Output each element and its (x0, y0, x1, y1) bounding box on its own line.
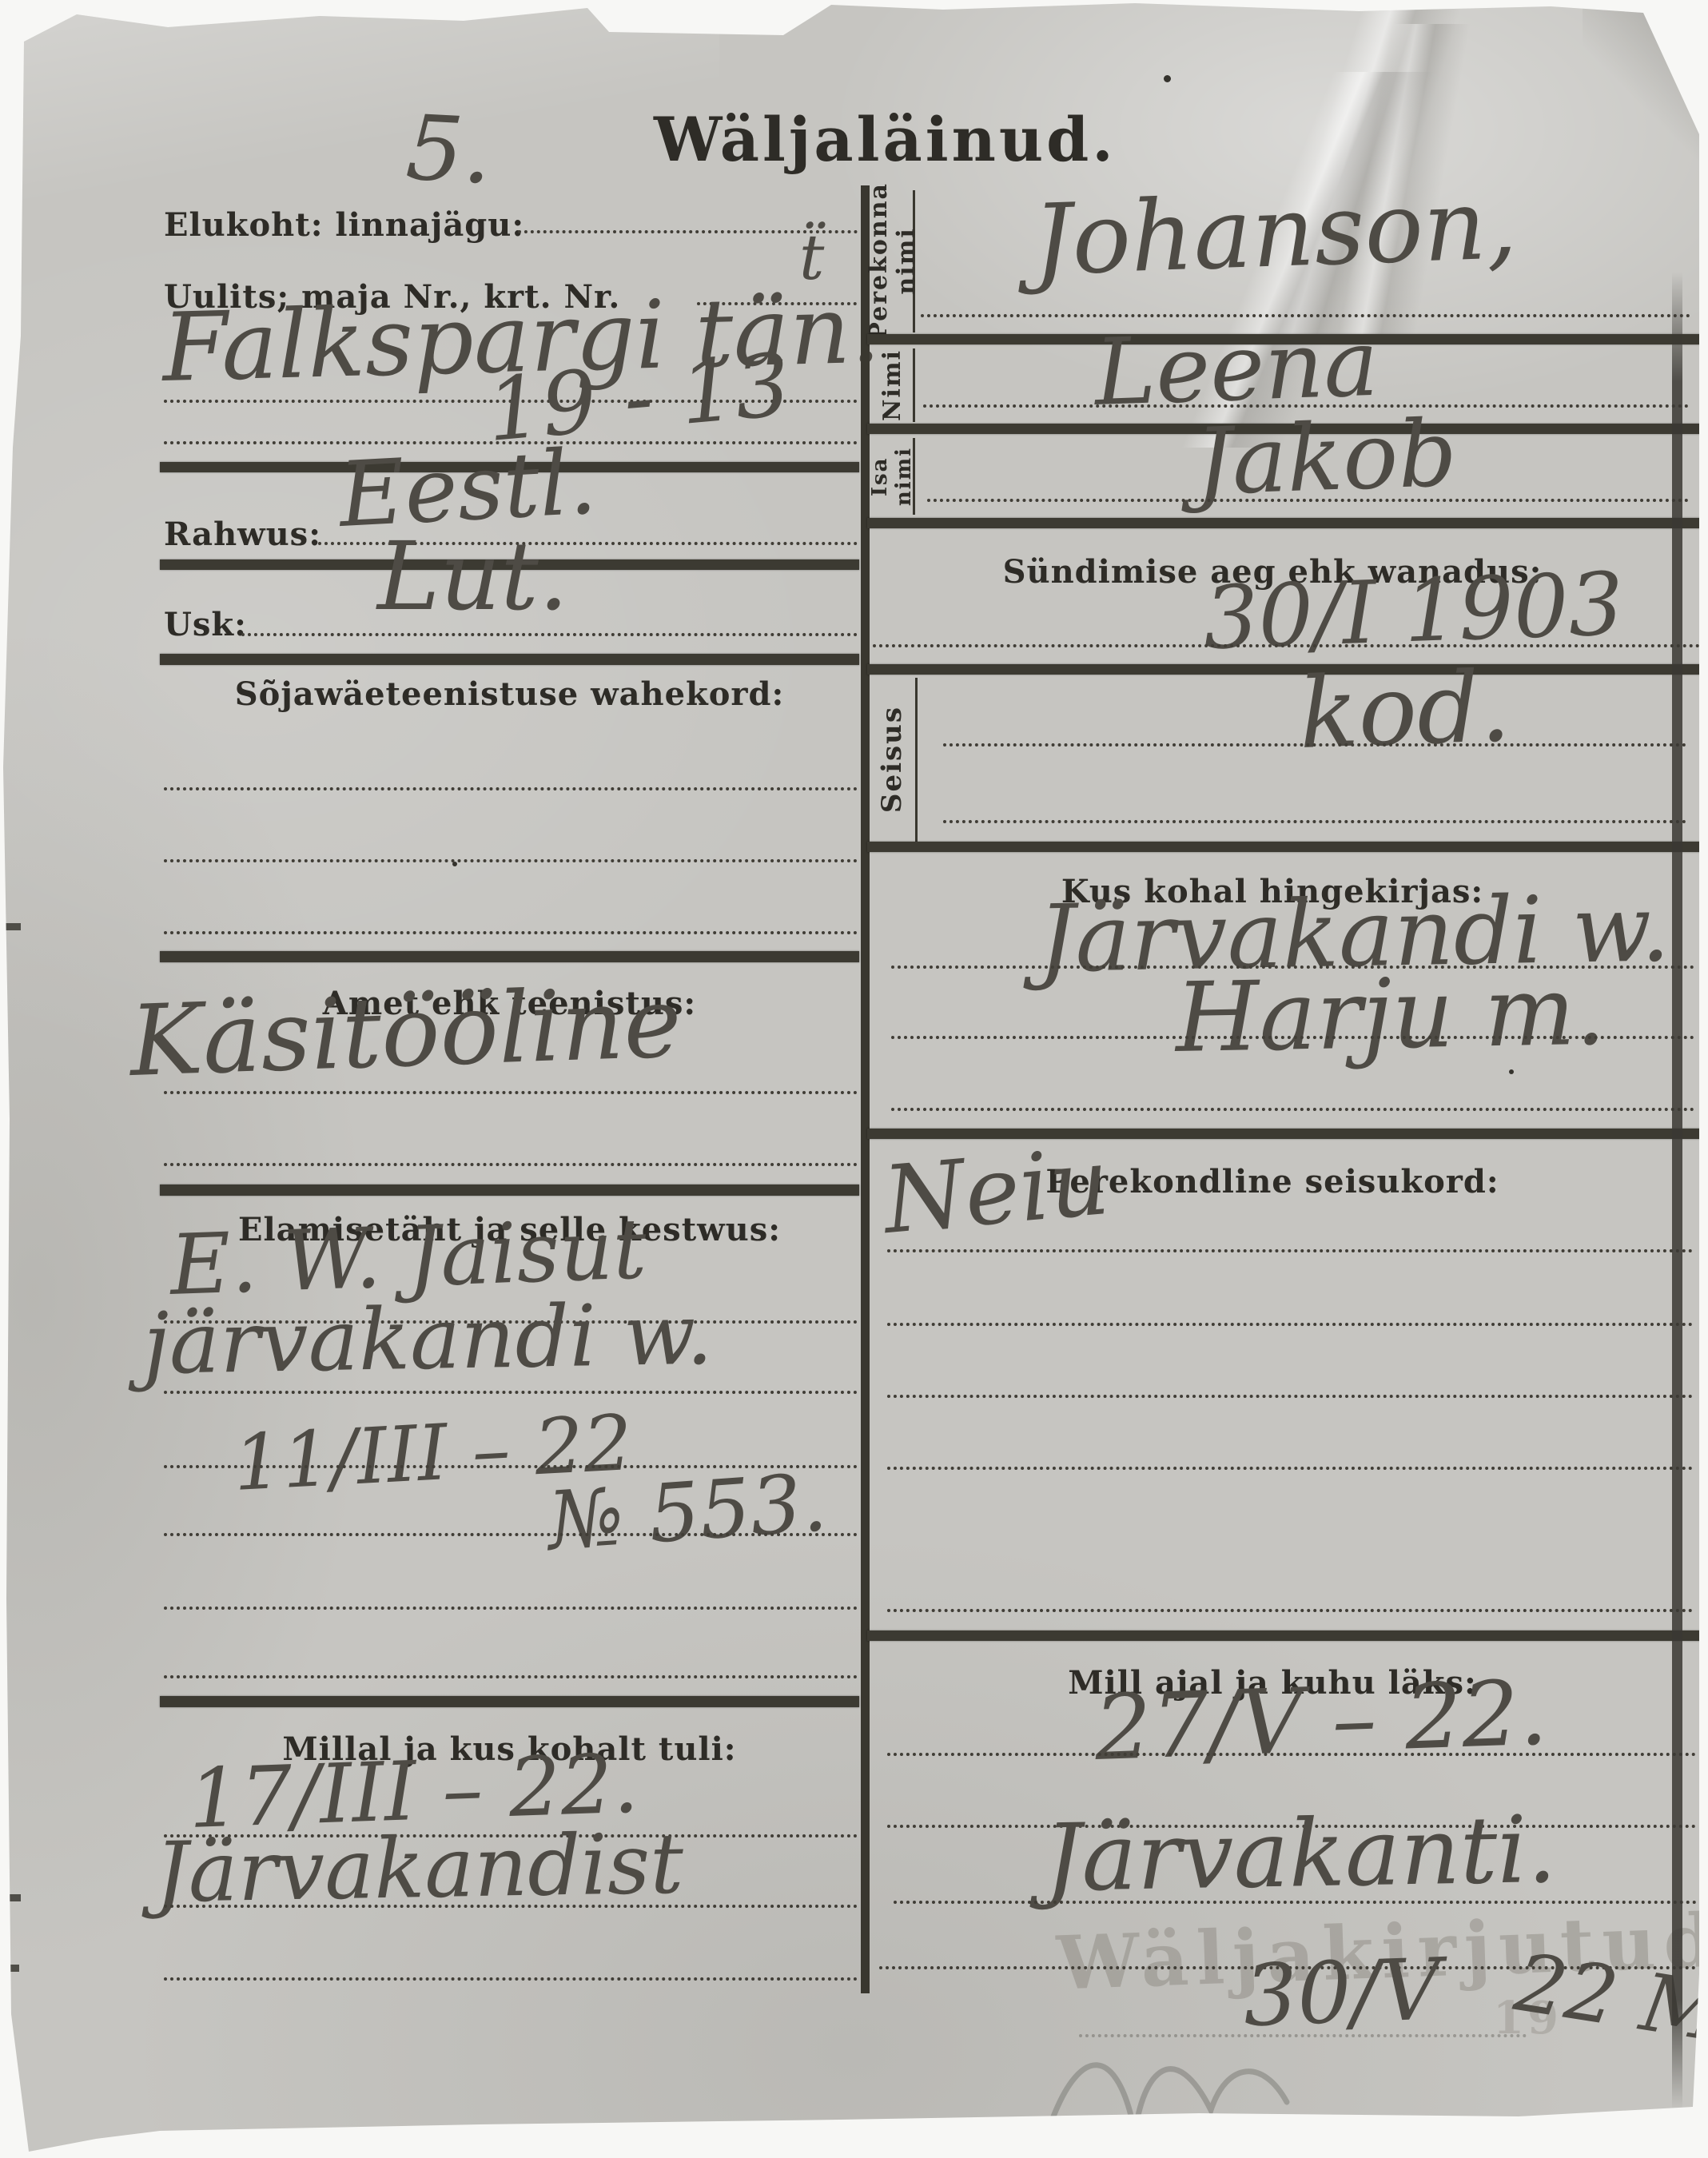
edge-mark (0, 1894, 21, 1901)
perekondline-value: Neiu (879, 1128, 1113, 1255)
divider-bar (867, 664, 1702, 675)
empty-line (164, 931, 858, 934)
seisus-label: Seisus (877, 706, 908, 813)
elamisetaht-line4 (164, 1533, 858, 1536)
empty-line (164, 1977, 858, 1981)
perekonna-nimi-value: Johanson, (1031, 167, 1519, 297)
sund-line (873, 644, 1700, 647)
empty-line (891, 1108, 1694, 1111)
amet-value: Käsitööline (128, 966, 683, 1098)
tuli-line2 (164, 1905, 858, 1908)
seisus-cell: Seisus (873, 678, 913, 842)
form-title: Wäljaläinud. (654, 104, 1117, 175)
page-right-edge (1672, 272, 1682, 2110)
divider-bar (160, 951, 859, 962)
seisus-value: kod. (1297, 650, 1512, 770)
elamisetaht-line4-value: № 553. (545, 1455, 830, 1568)
nimi-cell: Nimi (873, 348, 915, 422)
laks-line1-value: 27/V – 22. (1093, 1661, 1549, 1781)
usk-value: Lut. (377, 521, 568, 631)
divider-bar (160, 654, 859, 665)
empty-line (164, 787, 858, 790)
sund-value: 30/I 1903 (1202, 555, 1626, 669)
divider-bar (867, 1630, 1702, 1641)
divider-bar (867, 842, 1702, 852)
empty-line (164, 1675, 858, 1678)
isa-nimi-cell: Isanimi (873, 438, 915, 515)
laks-line2-value: Järvakanti. (1044, 1796, 1558, 1913)
empty-line (164, 1163, 858, 1166)
crease-corner-fold (1583, 0, 1708, 188)
rahwus-label: Rahwus: (164, 516, 321, 553)
seisus-cell-border (915, 678, 918, 842)
hinge-line2 (891, 1036, 1694, 1039)
edge-mark (0, 923, 21, 930)
amet-line (164, 1091, 858, 1094)
divider-bar (867, 518, 1702, 528)
perekonna-nimi-label: Perekonnanimi (866, 182, 921, 340)
elukoht-value: 5. (404, 96, 495, 204)
elamisetaht-line2 (164, 1391, 858, 1394)
ink-speck (1164, 75, 1171, 82)
laks-line1 (887, 1753, 1696, 1756)
perekonna-nimi-cell: Perekonnanimi (873, 190, 915, 332)
isa-nimi-label: Isanimi (869, 447, 917, 506)
empty-line (887, 1323, 1693, 1326)
isa-line (927, 499, 1689, 502)
empty-line (164, 1607, 858, 1610)
empty-line (887, 1609, 1693, 1612)
sojawae-label: Sõjawäeteenistuse wahekord: (160, 675, 859, 713)
edge-mark (2, 1965, 19, 1972)
empty-line (164, 859, 858, 862)
empty-line (943, 820, 1686, 823)
divider-bar (160, 1185, 859, 1196)
pencil-scribble (1023, 2014, 1407, 2150)
usk-label: Usk: (164, 606, 247, 643)
ink-speck (1509, 1069, 1514, 1074)
usk-line (241, 633, 858, 636)
nimi-label: Nimi (879, 349, 907, 421)
empty-line (887, 1467, 1693, 1470)
elukoht-label: Elukoht: linnajägu: (164, 206, 524, 244)
elamisetaht-line2-value: järvakandi w. (142, 1285, 714, 1393)
perekondline-line (887, 1249, 1693, 1252)
empty-line (887, 1395, 1693, 1398)
scanned-form-paper: Wäljaläinud. Elukoht: linnajägu: 5. Uuli… (0, 0, 1708, 2158)
hinge-line2-value: Harju m. (1175, 956, 1606, 1074)
divider-bar (160, 1696, 859, 1707)
ink-speck (452, 862, 457, 866)
seisus-line (943, 743, 1686, 747)
